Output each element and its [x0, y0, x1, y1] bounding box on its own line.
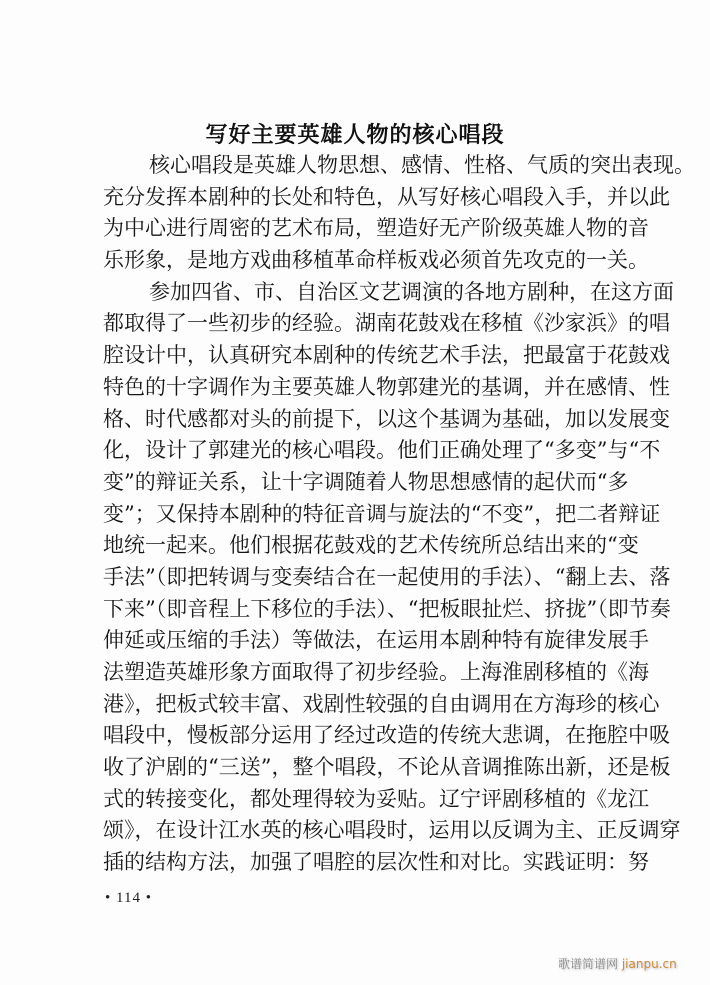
text-line: 式的转接变化，都处理得较为妥贴。辽宁评剧移植的《龙江	[103, 784, 603, 816]
document-page: 写好主要英雄人物的核心唱段 核心唱段是英雄人物思想、感情、性格、气质的突出表现。…	[0, 0, 710, 985]
text-line: 充分发挥本剧种的长处和特色，从写好核心唱段入手，并以此	[103, 182, 603, 214]
section-title: 写好主要英雄人物的核心唱段	[0, 118, 710, 149]
text-line: 收了沪剧的“三送”，整个唱段，不论从音调推陈出新，还是板	[103, 752, 603, 784]
text-line: 变”；又保持本剧种的特征音调与旋法的“不变”，把二者辩证	[103, 499, 603, 531]
text-line: 乐形象，是地方戏曲移植革命样板戏必须首先攻克的一关。	[103, 245, 603, 277]
text-line: 格、时代感都对头的前提下，以这个基调为基础，加以发展变	[103, 404, 603, 436]
text-line: 化，设计了郭建光的核心唱段。他们正确处理了“多变”与“不	[103, 435, 603, 467]
text-line: 港》，把板式较丰富、戏剧性较强的自由调用在方海珍的核心	[103, 689, 603, 721]
text-line: 伸延或压缩的手法）等做法，在运用本剧种特有旋律发展手	[103, 625, 603, 657]
text-line: 颂》，在设计江水英的核心唱段时，运用以反调为主、正反调穿	[103, 815, 603, 847]
watermark: 歌谱简谱网 jianpu.cn	[558, 955, 677, 972]
text-line: 下来”（即音程上下移位的手法）、“把板眼扯烂、挤拢”（即节奏	[103, 594, 603, 626]
text-line: 核心唱段是英雄人物思想、感情、性格、气质的突出表现。	[103, 150, 603, 182]
text-line: 地统一起来。他们根据花鼓戏的艺术传统所总结出来的“变	[103, 530, 603, 562]
text-line: 变”的辩证关系，让十字调随着人物思想感情的起伏而“多	[103, 467, 603, 499]
text-line: 插的结构方法，加强了唱腔的层次性和对比。实践证明：努	[103, 847, 603, 879]
watermark-url: jianpu.cn	[622, 957, 677, 971]
watermark-site-name: 歌谱简谱网	[558, 957, 618, 971]
text-line: 法塑造英雄形象方面取得了初步经验。上海淮剧移植的《海	[103, 657, 603, 689]
text-line: 参加四省、市、自治区文艺调演的各地方剧种，在这方面	[103, 277, 603, 309]
text-line: 手法”（即把转调与变奏结合在一起使用的手法）、“翻上去、落	[103, 562, 603, 594]
text-line: 腔设计中，认真研究本剧种的传统艺术手法，把最富于花鼓戏	[103, 340, 603, 372]
text-line: 特色的十字调作为主要英雄人物郭建光的基调，并在感情、性	[103, 372, 603, 404]
body-text: 核心唱段是英雄人物思想、感情、性格、气质的突出表现。 充分发挥本剧种的长处和特色…	[103, 150, 603, 879]
text-line: 为中心进行周密的艺术布局，塑造好无产阶级英雄人物的音	[103, 213, 603, 245]
text-line: 都取得了一些初步的经验。湖南花鼓戏在移植《沙家浜》的唱	[103, 308, 603, 340]
page-number: • 114 •	[105, 890, 152, 907]
text-line: 唱段中，慢板部分运用了经过改造的传统大悲调，在拖腔中吸	[103, 720, 603, 752]
